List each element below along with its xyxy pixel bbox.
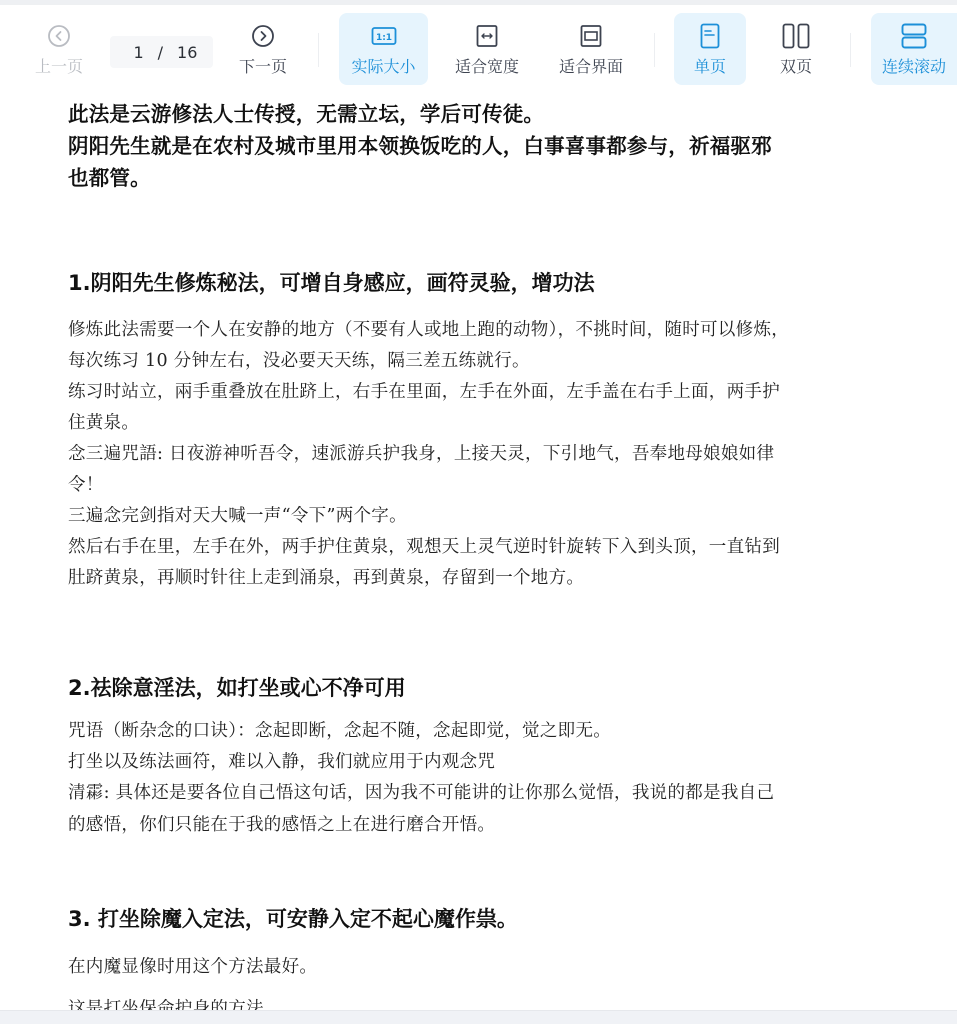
bottom-status-bar — [0, 1010, 957, 1024]
actual-size-icon: 1:1 — [371, 22, 397, 50]
intro-line: 也都管。 — [68, 161, 151, 191]
toolbar-divider — [318, 33, 319, 67]
fit-width-label: 适合宽度 — [455, 54, 519, 77]
paragraph-line: 在内魔显像时用这个方法最好。 — [68, 953, 317, 978]
section-heading: 1.阴阳先生修炼秘法，可增自身感应，画符灵验，增功法 — [68, 267, 595, 297]
paragraph-line: 令！ — [68, 471, 104, 496]
page-indicator: / 16 — [110, 36, 213, 68]
intro-line: 此法是云游修法人士传授，无需立坛，学后可传徒。 — [68, 97, 544, 127]
actual-size-button[interactable]: 1:1 实际大小 — [339, 13, 428, 85]
paragraph-line: 每次练习 10 分钟左右，没必要天天练，隔三差五练就行。 — [68, 347, 530, 372]
single-page-label: 单页 — [694, 54, 726, 77]
paragraph-line: 念三遍咒語: 日夜游神听吾令，速派游兵护我身，上接天灵，下引地气，吾奉地母娘娘如… — [68, 440, 774, 465]
next-page-label: 下一页 — [239, 54, 287, 77]
continuous-scroll-label: 连续滚动 — [882, 54, 946, 77]
chevron-left-circle-icon — [47, 22, 71, 50]
fit-page-label: 适合界面 — [559, 54, 623, 77]
current-page-input[interactable] — [126, 43, 144, 62]
paragraph-line: 这是打坐保命护身的方法， — [68, 995, 282, 1010]
section-heading: 2.祛除意淫法，如打坐或心不净可用 — [68, 672, 406, 702]
paragraph-line: 的感悟，你们只能在于我的感悟之上在进行磨合开悟。 — [68, 811, 495, 836]
page-separator: / — [158, 43, 163, 62]
paragraph-line: 打坐以及练法画符，难以入静，我们就应用于内观念咒 — [68, 748, 495, 773]
paragraph-line: 然后右手在里，左手在外，两手护住黄泉，观想天上灵气逆时针旋转下入到头顶，一直钻到 — [68, 533, 780, 558]
continuous-scroll-icon — [901, 22, 927, 50]
paragraph-line: 咒语（断杂念的口诀）：念起即断，念起不随，念起即觉，觉之即无。 — [68, 717, 611, 742]
paragraph-line: 练习时站立，兩手重叠放在肚跻上，右手在里面，左手在外面，左手盖在右手上面，两手护 — [68, 378, 780, 403]
fit-page-icon — [580, 22, 602, 50]
next-page-button[interactable]: 下一页 — [230, 13, 296, 85]
toolbar-divider — [850, 33, 851, 67]
prev-page-label: 上一页 — [35, 54, 83, 77]
single-page-button[interactable]: 单页 — [674, 13, 746, 85]
chevron-right-circle-icon — [251, 22, 275, 50]
intro-line: 阴阳先生就是在农村及城市里用本领换饭吃的人，白事喜事都参与，祈福驱邪 — [68, 129, 772, 159]
prev-page-button[interactable]: 上一页 — [26, 13, 92, 85]
paragraph-line: 住黄泉。 — [68, 409, 139, 434]
svg-text:1:1: 1:1 — [375, 33, 391, 43]
double-page-label: 双页 — [780, 54, 812, 77]
total-pages: 16 — [177, 43, 197, 62]
viewer-toolbar: 上一页 / 16 下一页 1:1 实际大小 适合宽度 适合界面 — [0, 5, 957, 93]
fit-width-icon — [476, 22, 498, 50]
double-page-button[interactable]: 双页 — [760, 13, 832, 85]
paragraph-line: 肚跻黄泉，再顺时针往上走到涌泉，再到黄泉，存留到一个地方。 — [68, 564, 584, 589]
document-page: 此法是云游修法人士传授，无需立坛，学后可传徒。 阴阳先生就是在农村及城市里用本领… — [0, 93, 957, 1010]
fit-width-button[interactable]: 适合宽度 — [445, 13, 529, 85]
toolbar-divider — [654, 33, 655, 67]
double-page-icon — [782, 22, 810, 50]
paragraph-line: 清霦: 具体还是要各位自己悟这句话，因为我不可能讲的让你那么觉悟，我说的都是我自… — [68, 779, 774, 804]
paragraph-line: 三遍念完剑指对天大喊一声“令下”两个字。 — [68, 502, 407, 527]
paragraph-line: 修炼此法需要一个人在安静的地方（不要有人或地上跑的动物），不挑时间，随时可以修炼… — [68, 316, 789, 341]
continuous-scroll-button[interactable]: 连续滚动 — [871, 13, 957, 85]
section-heading: 3. 打坐除魔入定法，可安静入定不起心魔作祟。 — [68, 903, 518, 933]
single-page-icon — [700, 22, 720, 50]
actual-size-label: 实际大小 — [351, 54, 415, 77]
fit-page-button[interactable]: 适合界面 — [549, 13, 633, 85]
